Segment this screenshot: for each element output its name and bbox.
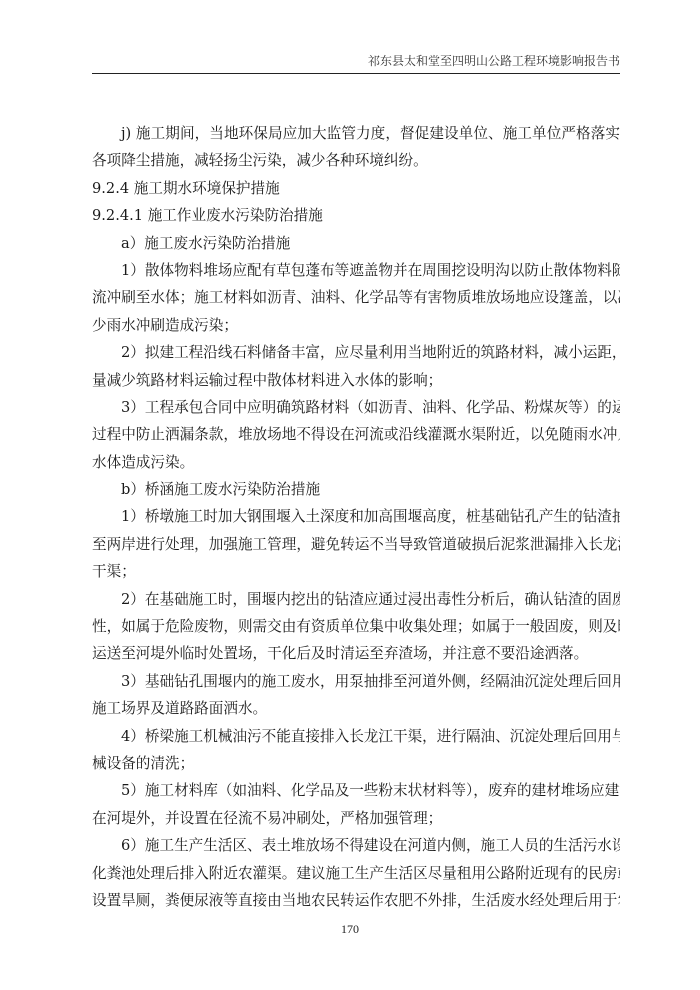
text-line: 干渠； (92, 558, 620, 585)
text-line: 在河堤外，并设置在径流不易冲刷处，严格加强管理； (92, 805, 620, 832)
text-line: 5）施工材料库（如油料、化学品及一些粉末状材料等），废弃的建材堆场应建设 (92, 777, 620, 804)
text-line: a）施工废水污染防治措施 (92, 230, 620, 257)
text-line: 设置旱厕，粪便尿液等直接由当地农民转运作农肥不外排，生活废水经处理后用于农 (92, 887, 620, 914)
text-line: 少雨水冲刷造成污染； (92, 312, 620, 339)
text-line: 化粪池处理后排入附近农灌渠。建议施工生产生活区尽量租用公路附近现有的民房或 (92, 860, 620, 887)
text-line: 9.2.4.1 施工作业废水污染防治措施 (92, 202, 620, 229)
text-line: 1）散体物料堆场应配有草包蓬布等遮盖物并在周围挖设明沟以防止散体物料随径 (92, 257, 620, 284)
body-text: j) 施工期间，当地环保局应加大监管力度，督促建设单位、施工单位严格落实各项降尘… (92, 120, 620, 914)
text-line: 运送至河堤外临时处置场，干化后及时清运至弃渣场，并注意不要沿途洒落。 (92, 640, 620, 667)
page-number: 170 (0, 922, 700, 937)
text-line: 2）拟建工程沿线石料储备丰富，应尽量利用当地附近的筑路材料，减小运距，尽 (92, 339, 620, 366)
text-line: 量减少筑路材料运输过程中散体材料进入水体的影响； (92, 367, 620, 394)
page-header: 祁东县太和堂至四明山公路工程环境影响报告书 (92, 50, 620, 74)
text-line: 至两岸进行处理，加强施工管理，避免转运不当导致管道破损后泥浆泄漏排入长龙江 (92, 531, 620, 558)
text-line: b）桥涵施工废水污染防治措施 (92, 476, 620, 503)
document-title: 祁东县太和堂至四明山公路工程环境影响报告书 (368, 52, 620, 69)
text-line: 过程中防止洒漏条款，堆放场地不得设在河流或沿线灌溉水渠附近，以免随雨水冲入 (92, 421, 620, 448)
text-line: 性，如属于危险废物，则需交由有资质单位集中收集处理；如属于一般固废，则及时 (92, 613, 620, 640)
text-line: 4）桥梁施工机械油污不能直接排入长龙江干渠，进行隔油、沉淀处理后回用与机 (92, 723, 620, 750)
text-line: 9.2.4 施工期水环境保护措施 (92, 175, 620, 202)
text-line: 械设备的清洗； (92, 750, 620, 777)
text-line: 水体造成污染。 (92, 449, 620, 476)
text-line: 各项降尘措施，减轻扬尘污染，减少各种环境纠纷。 (92, 147, 620, 174)
text-line: 2）在基础施工时，围堰内挖出的钻渣应通过浸出毒性分析后，确认钻渣的固废属 (92, 586, 620, 613)
text-line: 1）桥墩施工时加大钢围堰入土深度和加高围堰高度，桩基础钻孔产生的钻渣抽排 (92, 503, 620, 530)
text-line: 流冲刷至水体；施工材料如沥青、油料、化学品等有害物质堆放场地应设篷盖，以减 (92, 284, 620, 311)
text-line: 3）基础钻孔围堰内的施工废水，用泵抽排至河道外侧，经隔油沉淀处理后回用与 (92, 668, 620, 695)
text-line: j) 施工期间，当地环保局应加大监管力度，督促建设单位、施工单位严格落实 (92, 120, 620, 147)
text-line: 施工场界及道路路面洒水。 (92, 695, 620, 722)
text-line: 3）工程承包合同中应明确筑路材料（如沥青、油料、化学品、粉煤灰等）的运输 (92, 394, 620, 421)
text-line: 6）施工生产生活区、表土堆放场不得建设在河道内侧，施工人员的生活污水设置 (92, 832, 620, 859)
